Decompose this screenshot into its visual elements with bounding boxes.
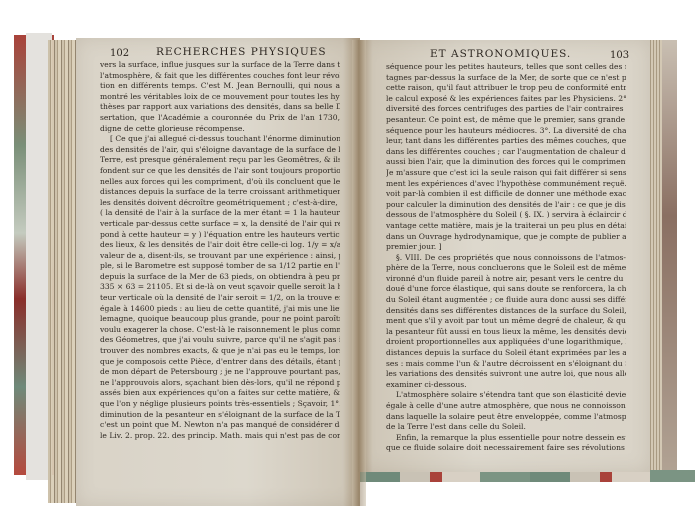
text-line: dessous de l'atmosphère du Soleil ( §. I… [386, 210, 626, 221]
text-line: aussi bien l'air, que la diminution des … [386, 157, 626, 168]
text-line: Terre, est presque généralement reçu par… [100, 155, 340, 166]
text-line: de la Terre l'est dans celle du Soleil. [386, 422, 626, 433]
text-line: thèses par rapport aux variations des de… [100, 102, 340, 113]
text-line: ne l'approuvois alors, sçachant bien dès… [100, 378, 340, 389]
text-line: Enfin, la remarque la plus essentielle p… [386, 433, 626, 444]
text-line: examiner ci-dessous. [386, 380, 626, 391]
page-number: 103 [610, 50, 629, 61]
running-head: ET ASTRONOMIQUES. [430, 48, 571, 60]
open-book: 102 RECHERCHES PHYSIQUES vers la surface… [0, 0, 700, 532]
text-line: des densités de l'air, qui s'éloigne dav… [100, 145, 340, 156]
text-line: c'est un point que M. Newton n'a pas man… [100, 420, 340, 431]
text-line: ( la densité de l'air à la surface de la… [100, 208, 340, 219]
text-line: fondent sur ce que les densités de l'air… [100, 166, 340, 177]
text-line: que l'on y néglige plusieurs points très… [100, 399, 340, 410]
text-line: densités dans ses différentes distances … [386, 306, 626, 317]
right-page: ET ASTRONOMIQUES. 103 séquence pour les … [358, 40, 650, 472]
text-line: teur verticale où la densité de l'air se… [100, 293, 340, 304]
text-line: premier jour. ] [386, 242, 626, 253]
text-line: lemagne, quoique beaucoup plus grande, p… [100, 314, 340, 325]
text-line: dans les différentes couches ; car l'aug… [386, 147, 626, 158]
text-line: les variations des densités suivront une… [386, 369, 626, 380]
text-line: le Liv. 2. prop. 22. des princip. Math. … [100, 431, 340, 442]
text-line: 335 × 63 = 21105. Et si de-là on veut sç… [100, 282, 340, 293]
text-line: pour calculer la diminution des densités… [386, 200, 626, 211]
text-line: montré les véritables loix de ce mouveme… [100, 92, 340, 103]
text-line: droient proportionnelles aux appliquées … [386, 337, 626, 348]
text-line: verticale par-dessus cette surface = x, … [100, 219, 340, 230]
text-line: le calcul exposé & les expériences faite… [386, 94, 626, 105]
text-line: ment que s'il y avoit par tout un même d… [386, 316, 626, 327]
text-line: leur, tant dans les différentes parties … [386, 136, 626, 147]
text-line: cette raison, qu'il faut attribuer le tr… [386, 83, 626, 94]
running-head: RECHERCHES PHYSIQUES [156, 46, 327, 58]
text-line: sertation, que l'Académie a couronnée du… [100, 113, 340, 124]
text-line: des lieux, & les densités de l'air doit … [100, 240, 340, 251]
text-line: l'atmosphère, & fait que les différentes… [100, 71, 340, 82]
text-line: voit par-là combien il est difficile de … [386, 189, 626, 200]
text-line: que ce fluide solaire doit necessairemen… [386, 443, 626, 454]
text-line: tion en différents temps. C'est M. Jean … [100, 81, 340, 92]
text-line: vantage cette matière, mais je la traite… [386, 221, 626, 232]
text-line: nelles aux forces qui les compriment, d'… [100, 177, 340, 188]
text-line: vironné d'un fluide pareil à notre air, … [386, 274, 626, 285]
text-line: que je composois cette Pièce, d'entrer d… [100, 357, 340, 368]
text-line: dans laquelle la solaire peut être envel… [386, 412, 626, 423]
text-line: des Géometres, que j'ai voulu suivre, pa… [100, 335, 340, 346]
text-line: distances depuis la surface de la terre … [100, 187, 340, 198]
text-line: digne de cette glorieuse récompense. [100, 124, 340, 135]
text-line: [ Ce que j'ai allegué ci-dessus touchant… [100, 134, 340, 145]
text-line: trouver des nombres exacts, & que je n'a… [100, 346, 340, 357]
text-line: ses : mais comme l'un & l'autre décroiss… [386, 359, 626, 370]
text-line: ment les expériences d'avec l'hypothèse … [386, 179, 626, 190]
text-line: de mon départ de Petersbourg ; je ne l'a… [100, 367, 340, 378]
text-line: pond à cette hauteur = y ) l'équation en… [100, 230, 340, 241]
page-body-text: séquence pour les petites hauteurs, tell… [386, 62, 626, 454]
text-line: valeur de a, disent-ils, se trouvant par… [100, 251, 340, 262]
text-line: ple, si le Barometre est supposé tomber … [100, 261, 340, 272]
text-line: du Soleil étant augmentée ; ce fluide au… [386, 295, 626, 306]
text-line: §. VIII. De ces propriétés que nous conn… [386, 253, 626, 264]
left-page: 102 RECHERCHES PHYSIQUES vers la surface… [76, 38, 360, 506]
text-line: dans un Ouvrage hydrodynamique, que je c… [386, 232, 626, 243]
text-line: pesanteur. Ce point est, de même que le … [386, 115, 626, 126]
page-block-edge-left [48, 40, 78, 503]
text-line: égale à 14600 pieds : au lieu de cette q… [100, 304, 340, 315]
text-line: doué d'une force élastique, qui sans dou… [386, 284, 626, 295]
text-line: L'atmosphère solaire s'étendra tant que … [386, 390, 626, 401]
page-number: 102 [110, 48, 129, 59]
book-gutter [352, 40, 366, 506]
text-line: phère de la Terre, nous concluerons que … [386, 263, 626, 274]
text-line: diversité des forces centrifuges des par… [386, 104, 626, 115]
text-line: voulu exagerer la chose. C'est-là le rai… [100, 325, 340, 336]
text-line: distances depuis la surface du Soleil ét… [386, 348, 626, 359]
text-line: séquence pour les petites hauteurs, tell… [386, 62, 626, 73]
page-block-edge-right [648, 40, 662, 470]
text-line: assés bien aux expériences qu'on a faite… [100, 388, 340, 399]
text-line: la pesanteur fût aussi en tous lieux la … [386, 327, 626, 338]
page-body-text: vers la surface, influe jusques sur la s… [100, 60, 340, 441]
text-line: diminution de la pesanteur en s'éloignan… [100, 410, 340, 421]
text-line: tagnes par-dessus la surface de la Mer, … [386, 73, 626, 84]
text-line: vers la surface, influe jusques sur la s… [100, 60, 340, 71]
text-line: depuis la surface de la Mer de 63 pieds,… [100, 272, 340, 283]
text-line: les densités doivent décroître geométriq… [100, 198, 340, 209]
text-line: égale à celle d'une autre atmosphère, qu… [386, 401, 626, 412]
text-line: séquence pour les hauteurs médiocres. 3°… [386, 126, 626, 137]
text-line: Je m'assure que c'est ici la seule raiso… [386, 168, 626, 179]
